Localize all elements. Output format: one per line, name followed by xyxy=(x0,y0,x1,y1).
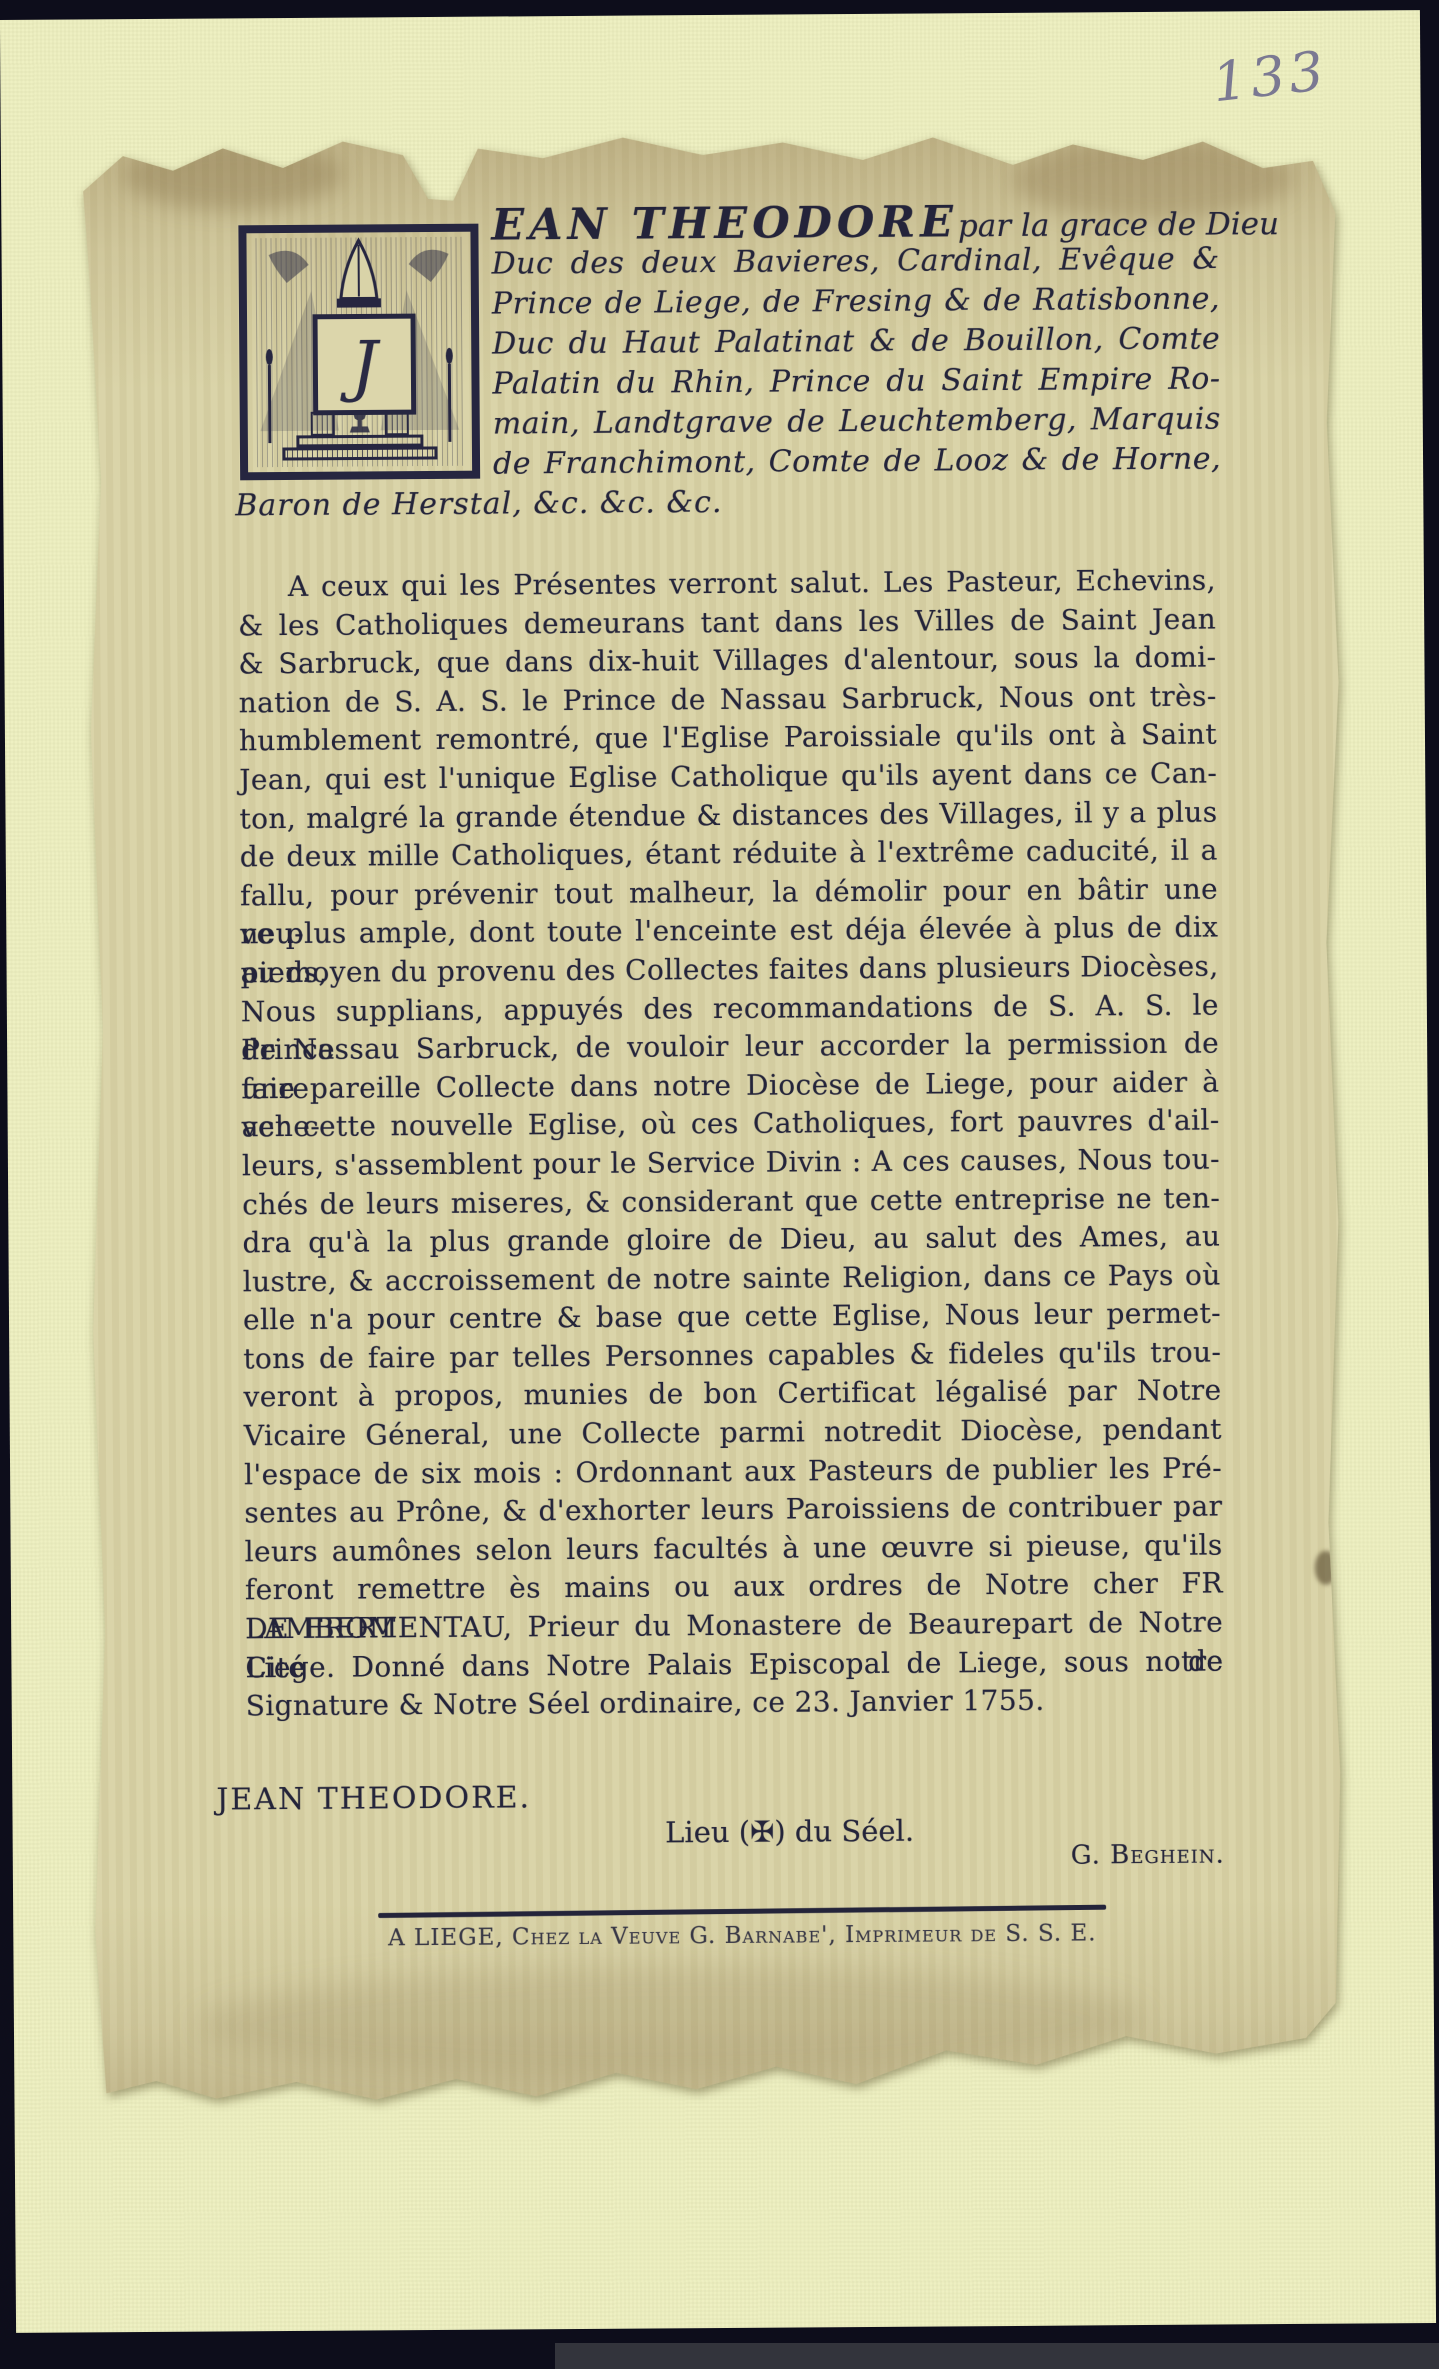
signature-name: JEAN THEODORE. xyxy=(216,1780,531,1817)
title-line: Duc des deux Bavieres, Cardinal, Evêque … xyxy=(492,239,1220,284)
title-lines: Duc des deux Bavieres, Cardinal, Evêque … xyxy=(492,239,1222,484)
text-line: une pareille Collecte dans notre Diocèse… xyxy=(241,1063,1219,1108)
text-line: fallu, pour prévenir tout malheur, la dé… xyxy=(240,870,1218,915)
text-line: au moyen du provenu des Collectes faites… xyxy=(240,947,1218,992)
text-line: lustre, & accroissement de notre sainte … xyxy=(243,1256,1221,1301)
ink-blot xyxy=(1315,1551,1337,1585)
text-line: l'espace de six mois : Ordonnant aux Pas… xyxy=(244,1449,1222,1494)
text-line: & Sarbruck, que dans dix-huit Villages d… xyxy=(238,639,1216,684)
paper-stain xyxy=(123,140,343,212)
text-line: DE FROMENTAU, Prieur du Monastere de Bea… xyxy=(245,1604,1223,1649)
text-line: de deux mille Catholiques, étant réduite… xyxy=(240,832,1218,877)
text-line: sentes au Prône, & d'exhorter leurs Paro… xyxy=(244,1488,1222,1533)
text-line: Liege. Donné dans Notre Palais Episcopal… xyxy=(245,1642,1223,1687)
imprint-rule xyxy=(378,1905,1106,1918)
text-line: dra qu'à la plus grande gloire de Dieu, … xyxy=(242,1218,1220,1263)
title-first-line: EAN THEODORE par la grace de Dieu xyxy=(491,195,1219,244)
text-line: leurs, s'assemblent pour le Service Divi… xyxy=(242,1140,1220,1185)
paper-stain xyxy=(196,1964,1147,2081)
text-line: tons de faire par telles Personnes capab… xyxy=(243,1333,1221,1378)
text-line: & les Catholiques demeurans tant dans le… xyxy=(238,600,1216,645)
text-line: Jean, qui est l'unique Eglise Catholique… xyxy=(239,754,1217,799)
text-line: veront à propos, munies de bon Certifica… xyxy=(243,1372,1221,1417)
text-line: feront remettre ès mains ou aux ordres d… xyxy=(245,1565,1223,1610)
text-line: ton, malgré la grande étendue & distance… xyxy=(239,793,1217,838)
title-line: main, Landtgrave de Leuchtemberg, Marqui… xyxy=(493,399,1221,444)
body-paragraph: A ceux qui les Présentes verront salut. … xyxy=(238,562,1224,1727)
text-line: ve plus ample, dont toute l'enceinte est… xyxy=(240,909,1218,954)
document-paper: Nº 169 xyxy=(83,123,1349,2124)
text-line: Signature & Notre Séel ordinaire, ce 23.… xyxy=(246,1681,1224,1726)
text-line: humblement remontré, que l'Eglise Parois… xyxy=(239,716,1217,761)
handwritten-document-number: Nº 169 xyxy=(409,83,628,175)
title-line: Prince de Liege, de Fresing & de Ratisbo… xyxy=(492,279,1220,324)
text-line: de Nassau Sarbruck, de vouloir leur acco… xyxy=(241,1025,1219,1070)
text-line: Vicaire Géneral, une Collecte parmi notr… xyxy=(244,1411,1222,1456)
printer-imprint: A LIEGE, Chez la Veuve G. Barnabe', Impr… xyxy=(378,1920,1106,1951)
document-paper-wrap: Nº 169 xyxy=(83,123,1349,2124)
text-line: nation de S. A. S. le Prince de Nassau S… xyxy=(239,677,1217,722)
initial-woodcut-icon: J xyxy=(238,224,480,481)
background-strip xyxy=(555,2343,1439,2369)
text-line: elle n'a pour centre & base que cette Eg… xyxy=(243,1295,1221,1340)
backing-sheet: 133 Nº 169 xyxy=(0,10,1436,2333)
title-line: Duc du Haut Palatinat & de Bouillon, Com… xyxy=(492,319,1220,364)
title-byline: par la grace de Dieu xyxy=(958,206,1279,244)
text-line: Nous supplians, appuyés des recommandati… xyxy=(241,986,1219,1031)
title-overflow-line: Baron de Herstal, &c. &c. &c. xyxy=(235,485,722,523)
countersignature-name: G. Beghein. xyxy=(1035,1839,1225,1870)
handwritten-archival-number: 133 xyxy=(1209,39,1330,114)
text-line: ver cette nouvelle Eglise, où ces Cathol… xyxy=(242,1102,1220,1147)
title-line: Palatin du Rhin, Prince du Saint Empire … xyxy=(492,359,1220,404)
photograph-background: 133 Nº 169 xyxy=(0,0,1439,2369)
title-line: de Franchimont, Comte de Looz & de Horne… xyxy=(493,439,1221,484)
title-block: EAN THEODORE par la grace de Dieu Duc de… xyxy=(491,195,1221,484)
seal-placement-note: Lieu (✠) du Séel. xyxy=(639,1813,939,1849)
text-line: leurs aumônes selon leurs facultés à une… xyxy=(245,1526,1223,1571)
text-line: A ceux qui les Présentes verront salut. … xyxy=(238,562,1216,607)
text-line: chés de leurs miseres, & considerant que… xyxy=(242,1179,1220,1224)
